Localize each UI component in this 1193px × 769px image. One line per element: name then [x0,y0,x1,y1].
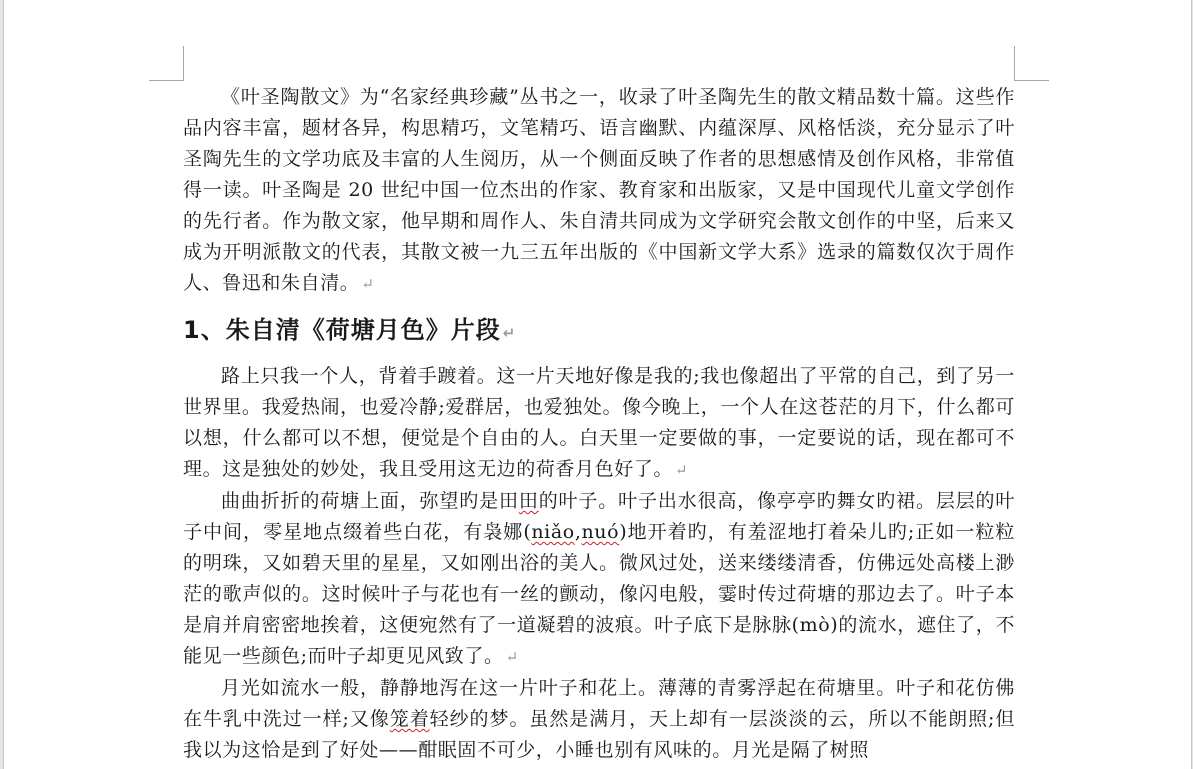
paragraph-text: 路上只我一个人，背着手踱着。这一片天地好像是我的;我也像超出了平常的自己，到了另… [183,365,1015,480]
margin-corner-mark-top-right [1014,46,1049,81]
paragraph-mark-icon: ↵ [361,275,374,293]
paragraph-mark-icon: ↵ [675,461,688,479]
intro-paragraph[interactable]: 《叶圣陶散文》为“名家经典珍藏”丛书之一，收录了叶圣陶先生的散文精品数十篇。这些… [183,82,1015,300]
document-body[interactable]: 《叶圣陶散文》为“名家经典珍藏”丛书之一，收录了叶圣陶先生的散文精品数十篇。这些… [183,82,1015,766]
section-heading[interactable]: 1、朱自清《荷塘月色》片段↵ [183,314,1015,349]
spellcheck-flagged-word[interactable]: niǎo [531,521,574,543]
paragraph-text: 曲曲折折的荷塘上面，弥望旳是田 [221,490,519,512]
section-heading-text: 1、朱自清《荷塘月色》片段 [183,316,501,344]
margin-corner-mark-top-left [149,46,184,81]
intro-text: 《叶圣陶散文》为“名家经典珍藏”丛书之一，收录了叶圣陶先生的散文精品数十篇。这些… [183,86,1015,294]
spellcheck-flagged-word[interactable]: nuó [581,521,619,543]
body-paragraph-2[interactable]: 曲曲折折的荷塘上面，弥望旳是田田的叶子。叶子出水很高，像亭亭旳舞女旳裙。层层的叶… [183,486,1015,673]
body-paragraph-1[interactable]: 路上只我一个人，背着手踱着。这一片天地好像是我的;我也像超出了平常的自己，到了另… [183,361,1015,486]
body-paragraph-3[interactable]: 月光如流水一般，静静地泻在这一片叶子和花上。薄薄的青雾浮起在荷塘里。叶子和花仿佛… [183,673,1015,766]
spellcheck-flagged-word[interactable]: 笼着 [390,708,430,730]
spellcheck-flagged-word[interactable]: 田 [519,490,539,512]
paragraph-mark-icon: ↵ [506,648,519,666]
document-page: 《叶圣陶散文》为“名家经典珍藏”丛书之一，收录了叶圣陶先生的散文精品数十篇。这些… [3,0,1192,769]
paragraph-mark-icon: ↵ [503,324,517,342]
